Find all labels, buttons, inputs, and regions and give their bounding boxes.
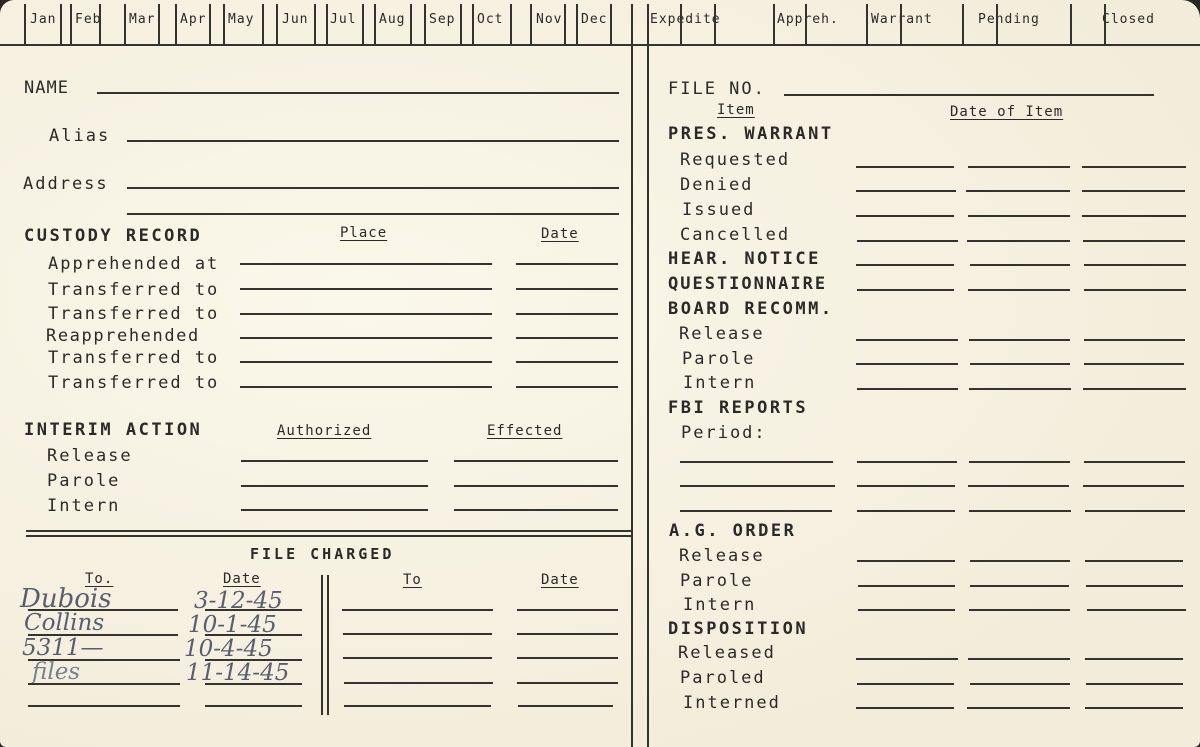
custody-date-field[interactable]	[516, 337, 618, 339]
date-field[interactable]	[969, 339, 1070, 341]
date-field[interactable]	[1082, 166, 1186, 168]
interim-effected-header: Effected	[487, 423, 562, 439]
date-field[interactable]	[969, 609, 1070, 611]
custody-row-label: Apprehended at	[48, 254, 219, 274]
date-field[interactable]	[1085, 658, 1183, 660]
date-of-item-header: Date of Item	[950, 104, 1063, 120]
tab-feb[interactable]: Feb	[75, 12, 101, 27]
fbi-period-field[interactable]	[680, 461, 833, 463]
interim-action-title: INTERIM ACTION	[24, 420, 202, 440]
item-header: Item	[717, 102, 755, 118]
header-rule	[0, 44, 1200, 46]
date-field[interactable]	[858, 585, 955, 587]
file-charged-to-entry: files	[32, 659, 80, 685]
ag-order-row-label: Intern	[683, 595, 756, 615]
file-charged-to-field-right[interactable]	[344, 682, 493, 684]
interim-authorized-header: Authorized	[277, 423, 371, 439]
custody-row-label: Reapprehended	[46, 326, 200, 346]
tab-nov[interactable]: Nov	[536, 12, 562, 27]
date-field[interactable]	[1083, 388, 1186, 390]
date-field[interactable]	[968, 166, 1070, 168]
date-field[interactable]	[1082, 215, 1186, 217]
date-field[interactable]	[857, 510, 955, 512]
custody-date-header: Date	[541, 226, 579, 242]
custody-date-field[interactable]	[516, 386, 618, 388]
date-field[interactable]	[1085, 707, 1183, 709]
date-field[interactable]	[970, 585, 1069, 587]
center-divider	[631, 4, 633, 747]
questionnaire-label: QUESTIONNAIRE	[668, 274, 827, 294]
date-field[interactable]	[857, 461, 957, 463]
section-divider	[26, 530, 631, 532]
date-field[interactable]	[970, 264, 1070, 266]
alias-label: Alias	[49, 126, 110, 146]
tab-oct[interactable]: Oct	[477, 12, 503, 27]
name-label: NAME	[24, 78, 69, 98]
date-field[interactable]	[1084, 289, 1186, 291]
pres-warrant-row-label: Cancelled	[680, 225, 790, 245]
date-field[interactable]	[1086, 683, 1183, 685]
custody-date-field[interactable]	[516, 313, 618, 315]
interim-authorized-field[interactable]	[241, 460, 428, 462]
date-field[interactable]	[1085, 510, 1185, 512]
board-recomm-row-label: Release	[679, 324, 765, 344]
custody-place-field[interactable]	[240, 288, 492, 290]
custody-record-title: CUSTODY RECORD	[24, 226, 202, 246]
date-field[interactable]	[969, 388, 1071, 390]
file-charged-date-field-right[interactable]	[517, 609, 618, 611]
date-field[interactable]	[1084, 461, 1185, 463]
ag-order-row-label: Parole	[680, 571, 753, 591]
board-recomm-title: BOARD RECOMM.	[668, 299, 834, 319]
custody-row-label: Transferred to	[48, 304, 219, 324]
date-field[interactable]	[1084, 339, 1185, 341]
custody-row-label: Transferred to	[48, 348, 219, 368]
date-field[interactable]	[856, 707, 954, 709]
file-charged-date-header: Date	[223, 571, 261, 587]
tab-apr[interactable]: Apr	[180, 12, 206, 27]
file-charged-date-field-right[interactable]	[517, 657, 618, 659]
file-no-label: FILE NO.	[668, 79, 766, 99]
date-field[interactable]	[969, 461, 1070, 463]
tab-jul[interactable]: Jul	[330, 12, 356, 27]
custody-row-label: Transferred to	[48, 280, 219, 300]
date-field[interactable]	[1087, 609, 1186, 611]
custody-place-header: Place	[340, 225, 387, 241]
fbi-period-field[interactable]	[680, 510, 832, 512]
date-field[interactable]	[968, 485, 1069, 487]
file-charged-to-field-right[interactable]	[342, 609, 493, 611]
custody-date-field[interactable]	[516, 288, 618, 290]
disposition-row-label: Paroled	[680, 668, 766, 688]
address-field-2[interactable]	[127, 213, 619, 215]
alias-field[interactable]	[127, 140, 619, 142]
date-field[interactable]	[857, 485, 955, 487]
date-field[interactable]	[1083, 485, 1184, 487]
interim-effected-field[interactable]	[454, 460, 618, 462]
fbi-period-label: Period:	[681, 423, 767, 443]
date-field[interactable]	[1083, 240, 1185, 242]
fbi-period-field[interactable]	[680, 485, 835, 487]
date-field[interactable]	[966, 190, 1070, 192]
file-charged-to-entry: 5311—	[22, 635, 104, 661]
tab-mar[interactable]: Mar	[129, 12, 155, 27]
file-no-field[interactable]	[784, 94, 1154, 96]
custody-place-field[interactable]	[240, 361, 492, 363]
file-charged-date-field[interactable]	[205, 609, 302, 611]
tab-aug[interactable]: Aug	[379, 12, 405, 27]
ag-order-row-label: Release	[679, 546, 765, 566]
interim-row-label: Parole	[47, 471, 120, 491]
interim-row-label: Release	[47, 446, 133, 466]
hear-notice-label: HEAR. NOTICE	[668, 249, 821, 269]
file-charged-date-header-right: Date	[541, 572, 579, 588]
date-field[interactable]	[968, 658, 1070, 660]
disposition-row-label: Interned	[683, 693, 781, 713]
interim-effected-field[interactable]	[454, 509, 618, 511]
date-field[interactable]	[970, 683, 1070, 685]
tab-closed[interactable]: Closed	[1102, 12, 1155, 27]
tab-jun[interactable]: Jun	[282, 12, 308, 27]
tab-sep[interactable]: Sep	[429, 12, 455, 27]
date-field[interactable]	[858, 609, 955, 611]
date-field[interactable]	[856, 166, 954, 168]
date-field[interactable]	[857, 289, 954, 291]
date-field[interactable]	[856, 363, 958, 365]
file-charged-to-entry: Collins	[24, 610, 104, 636]
custody-place-field[interactable]	[240, 313, 492, 315]
date-field[interactable]	[967, 240, 1070, 242]
date-field[interactable]	[967, 707, 1070, 709]
custody-place-field[interactable]	[240, 263, 492, 265]
pres-warrant-row-label: Requested	[680, 150, 790, 170]
date-field[interactable]	[1082, 190, 1185, 192]
date-field[interactable]	[970, 560, 1070, 562]
custody-date-field[interactable]	[516, 263, 618, 265]
disposition-row-label: Released	[678, 643, 776, 663]
file-charged-date-field-right[interactable]	[517, 633, 618, 635]
date-field[interactable]	[856, 264, 954, 266]
tab-pending[interactable]: Pending	[978, 12, 1040, 27]
date-field[interactable]	[856, 339, 958, 341]
file-charged-to-field-right[interactable]	[344, 705, 491, 707]
custody-place-field[interactable]	[240, 386, 492, 388]
tab-expedite[interactable]: Expedite	[650, 12, 721, 27]
date-field[interactable]	[1085, 560, 1183, 562]
date-field[interactable]	[1084, 363, 1184, 365]
date-field[interactable]	[856, 215, 954, 217]
interim-row-label: Intern	[47, 496, 120, 516]
date-field[interactable]	[856, 190, 956, 192]
date-field[interactable]	[968, 289, 1070, 291]
date-field[interactable]	[969, 510, 1071, 512]
file-charged-date-field[interactable]	[205, 705, 302, 707]
date-field[interactable]	[857, 683, 954, 685]
pres-warrant-title: PRES. WARRANT	[668, 124, 834, 144]
custody-row-label: Transferred to	[48, 373, 219, 393]
custody-date-field[interactable]	[516, 361, 618, 363]
file-charged-divider	[321, 575, 323, 715]
custody-place-field[interactable]	[240, 337, 492, 339]
tab-may[interactable]: May	[228, 12, 254, 27]
tab-dec[interactable]: Dec	[581, 12, 607, 27]
file-charged-to-field-right[interactable]	[343, 657, 492, 659]
file-charged-date-field-right[interactable]	[518, 705, 613, 707]
file-charged-title: FILE CHARGED	[250, 545, 394, 563]
date-field[interactable]	[1084, 264, 1186, 266]
date-field[interactable]	[857, 240, 958, 242]
board-recomm-row-label: Intern	[683, 373, 756, 393]
tab-appreh[interactable]: Appreh.	[777, 12, 839, 27]
date-field[interactable]	[1086, 585, 1183, 587]
disposition-title: DISPOSITION	[668, 619, 808, 639]
ag-order-title: A.G. ORDER	[669, 521, 796, 541]
interim-authorized-field[interactable]	[241, 509, 428, 511]
file-charged-to-field[interactable]	[28, 705, 180, 707]
file-charged-date-field[interactable]	[205, 683, 302, 685]
fbi-reports-title: FBI REPORTS	[668, 398, 808, 418]
date-field[interactable]	[856, 658, 958, 660]
tab-jan[interactable]: Jan	[30, 12, 56, 27]
name-field[interactable]	[97, 92, 619, 94]
custody-index-card: Jan Feb Mar Apr May Jun Jul Aug Sep Oct …	[0, 0, 1200, 747]
board-recomm-row-label: Parole	[682, 349, 755, 369]
pres-warrant-row-label: Denied	[680, 175, 753, 195]
date-field[interactable]	[857, 388, 958, 390]
date-field[interactable]	[968, 215, 1070, 217]
interim-authorized-field[interactable]	[241, 485, 428, 487]
file-charged-date-field-right[interactable]	[517, 682, 618, 684]
file-charged-to-field[interactable]	[28, 683, 180, 685]
file-charged-to-field-right[interactable]	[343, 633, 492, 635]
file-charged-to-header-right: To	[403, 572, 422, 588]
date-field[interactable]	[857, 560, 955, 562]
date-field[interactable]	[970, 363, 1070, 365]
pres-warrant-row-label: Issued	[682, 200, 755, 220]
interim-effected-field[interactable]	[454, 485, 618, 487]
address-label: Address	[23, 174, 109, 194]
address-field-1[interactable]	[127, 187, 619, 189]
